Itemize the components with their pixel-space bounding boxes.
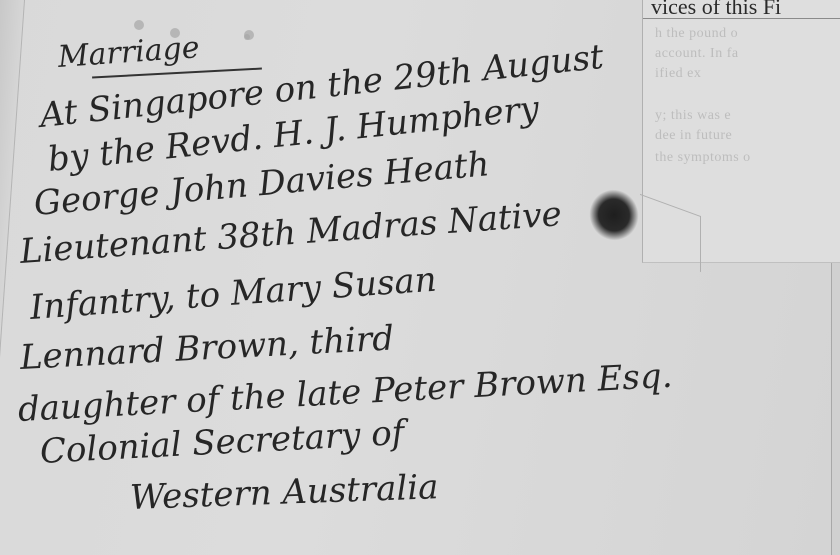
clipping-heading: vices of this Fi bbox=[651, 0, 781, 20]
clipping-line: y; this was e bbox=[655, 108, 731, 124]
clipping-line: ified ex bbox=[655, 66, 701, 82]
clipping-line: h the pound o bbox=[655, 26, 738, 42]
page-left-edge bbox=[0, 0, 25, 555]
ink-blot bbox=[583, 183, 645, 246]
clipping-line: dee in future bbox=[655, 128, 732, 144]
document-page: vices of this Fi h the pound o account. … bbox=[0, 0, 840, 555]
clipping-rule bbox=[643, 18, 840, 19]
notice-line-5: Infantry, to Mary Susan bbox=[29, 260, 438, 328]
notice-title: Marriage bbox=[57, 30, 201, 75]
notice-line-6: Lennard Brown, third bbox=[19, 318, 395, 378]
clipping-line: account. In fa bbox=[655, 46, 739, 62]
page-right-edge bbox=[831, 260, 840, 555]
clipping-line: the symptoms o bbox=[655, 150, 751, 166]
notice-line-9: Western Australia bbox=[129, 467, 439, 518]
stain-spot bbox=[134, 20, 144, 30]
stain-spot bbox=[244, 34, 250, 40]
